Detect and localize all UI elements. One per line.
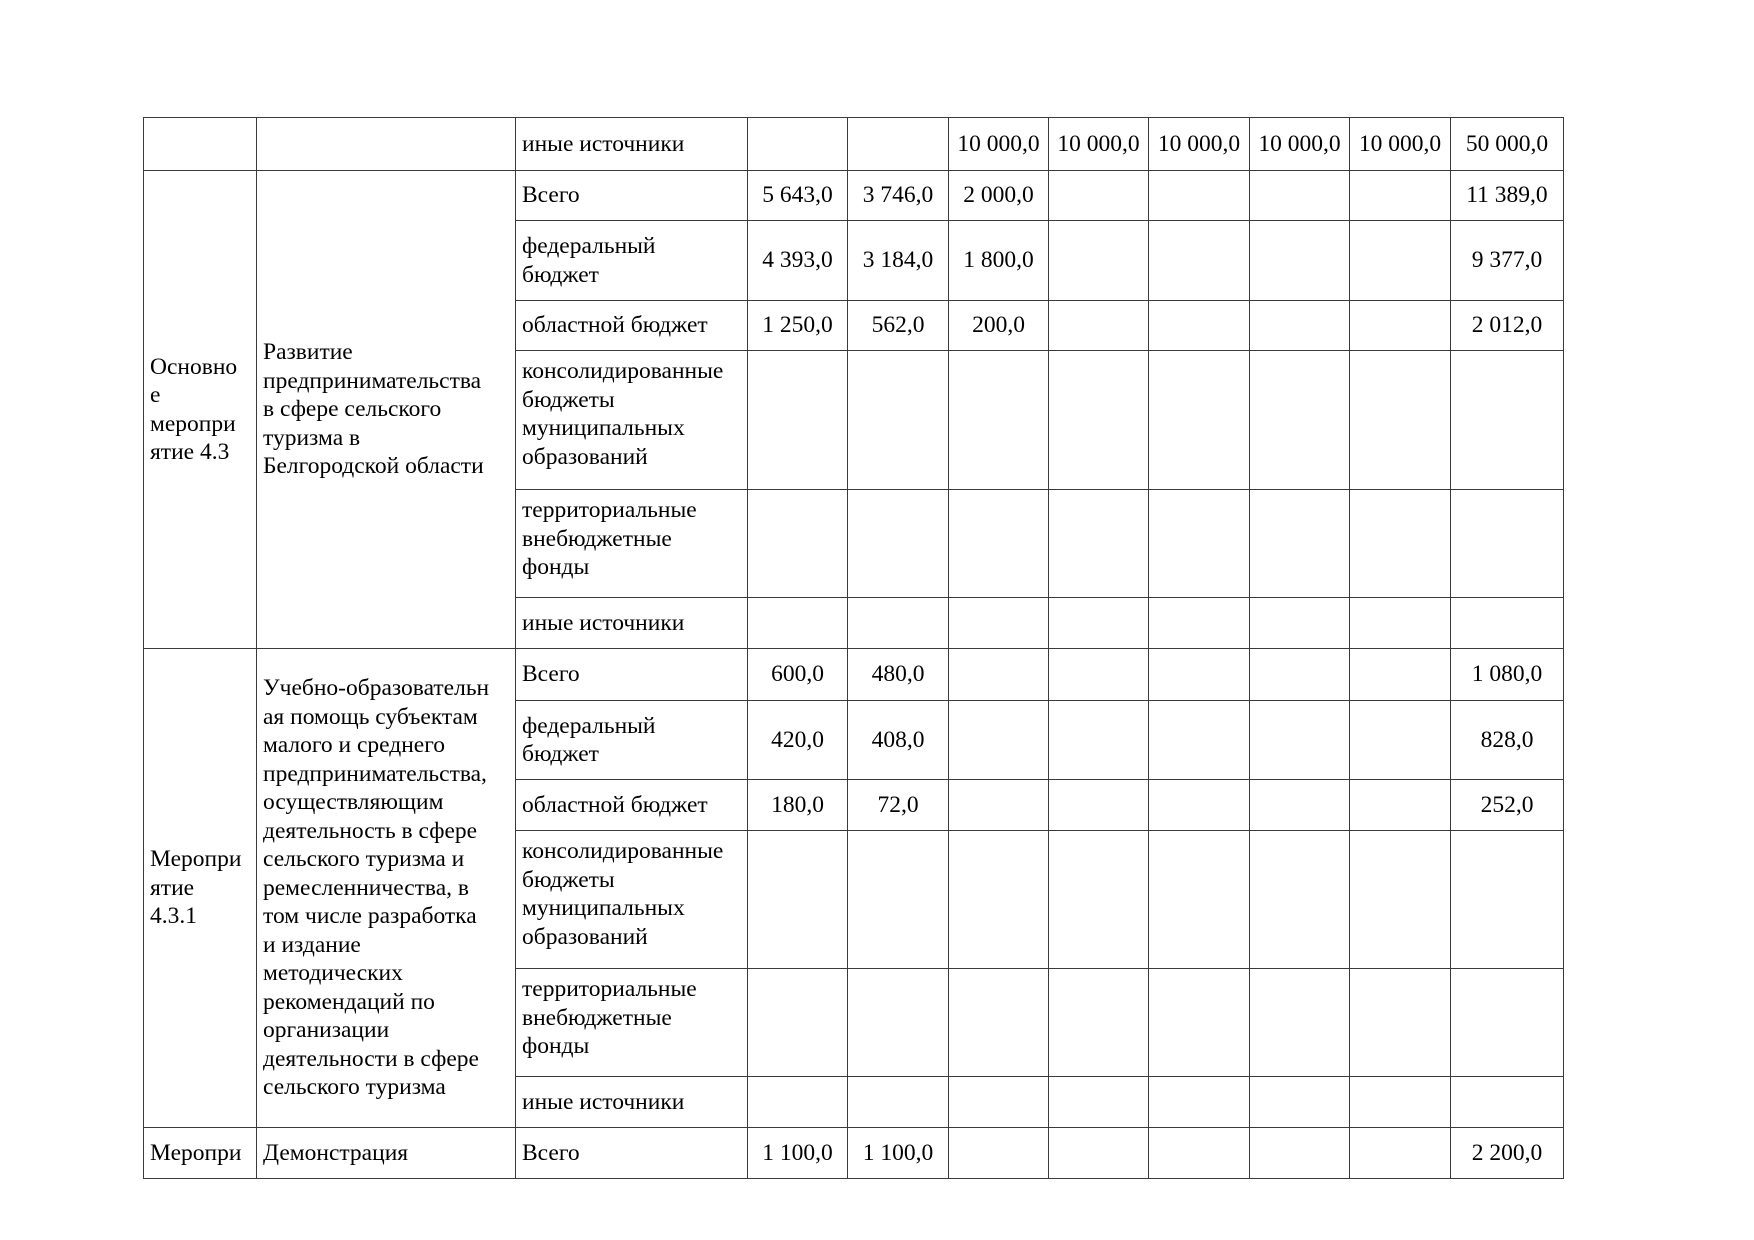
year-value-cell	[1149, 490, 1250, 598]
funding-source-cell: консолидированныебюджетымуниципальныхобр…	[516, 351, 748, 490]
year-value-cell	[1350, 171, 1451, 221]
total-value-cell	[1451, 598, 1564, 649]
table-row: МероприДемонстрацияВсего1 100,01 100,02 …	[144, 1128, 1564, 1179]
year-value-cell: 10 000,0	[1350, 118, 1451, 171]
funding-source-cell: Всего	[516, 1128, 748, 1179]
year-value-cell	[1350, 351, 1451, 490]
year-value-cell	[949, 351, 1049, 490]
year-value-cell	[1149, 780, 1250, 831]
year-value-cell	[1149, 649, 1250, 701]
year-value-cell	[1250, 831, 1350, 969]
year-value-cell	[1250, 969, 1350, 1077]
year-value-cell: 3 184,0	[848, 221, 949, 301]
year-value-cell	[1350, 780, 1451, 831]
year-value-cell: 10 000,0	[1049, 118, 1149, 171]
funding-source-cell: областной бюджет	[516, 780, 748, 831]
year-value-cell	[949, 1077, 1049, 1128]
year-value-cell: 4 393,0	[748, 221, 848, 301]
year-value-cell	[1149, 969, 1250, 1077]
funding-source-cell: иные источники	[516, 118, 748, 171]
year-value-cell	[1350, 969, 1451, 1077]
funding-source-cell: федеральныйбюджет	[516, 221, 748, 301]
year-value-cell	[949, 701, 1049, 780]
funding-source-cell: территориальныевнебюджетныефонды	[516, 490, 748, 598]
total-value-cell: 9 377,0	[1451, 221, 1564, 301]
total-value-cell: 828,0	[1451, 701, 1564, 780]
year-value-cell	[1350, 1128, 1451, 1179]
year-value-cell	[848, 598, 949, 649]
year-value-cell	[1049, 780, 1149, 831]
year-value-cell	[1049, 1077, 1149, 1128]
year-value-cell: 1 100,0	[848, 1128, 949, 1179]
funding-source-cell: иные источники	[516, 1077, 748, 1128]
year-value-cell	[1149, 351, 1250, 490]
year-value-cell: 1 100,0	[748, 1128, 848, 1179]
year-value-cell	[1049, 490, 1149, 598]
year-value-cell	[1149, 701, 1250, 780]
year-value-cell	[1149, 598, 1250, 649]
financing-table: иные источники10 000,010 000,010 000,010…	[143, 117, 1564, 1179]
year-value-cell: 1 250,0	[748, 301, 848, 351]
year-value-cell	[1250, 171, 1350, 221]
year-value-cell	[748, 969, 848, 1077]
total-value-cell	[1451, 969, 1564, 1077]
year-value-cell	[848, 118, 949, 171]
measure-name-cell: Развитиепредпринимательствав сфере сельс…	[257, 171, 516, 649]
measure-id-cell: Мероприятие4.3.1	[144, 649, 257, 1128]
year-value-cell	[1149, 831, 1250, 969]
year-value-cell: 420,0	[748, 701, 848, 780]
year-value-cell	[848, 969, 949, 1077]
funding-source-cell: федеральныйбюджет	[516, 701, 748, 780]
year-value-cell	[1149, 1128, 1250, 1179]
total-value-cell: 252,0	[1451, 780, 1564, 831]
year-value-cell	[748, 1077, 848, 1128]
year-value-cell	[1350, 490, 1451, 598]
year-value-cell	[1049, 831, 1149, 969]
year-value-cell	[949, 1128, 1049, 1179]
year-value-cell	[1350, 301, 1451, 351]
year-value-cell: 562,0	[848, 301, 949, 351]
table-row: Мероприятие4.3.1Учебно-образовательная п…	[144, 649, 1564, 701]
year-value-cell	[1149, 301, 1250, 351]
year-value-cell	[1350, 221, 1451, 301]
year-value-cell	[1250, 701, 1350, 780]
year-value-cell	[1350, 831, 1451, 969]
year-value-cell: 180,0	[748, 780, 848, 831]
year-value-cell	[1049, 351, 1149, 490]
funding-source-cell: консолидированныебюджетымуниципальныхобр…	[516, 831, 748, 969]
year-value-cell	[1049, 649, 1149, 701]
year-value-cell	[848, 831, 949, 969]
year-value-cell	[1350, 701, 1451, 780]
measure-name-cell: Демонстрация	[257, 1128, 516, 1179]
year-value-cell	[748, 598, 848, 649]
year-value-cell: 10 000,0	[1149, 118, 1250, 171]
year-value-cell	[1350, 649, 1451, 701]
funding-source-cell: областной бюджет	[516, 301, 748, 351]
year-value-cell	[1149, 221, 1250, 301]
year-value-cell	[949, 969, 1049, 1077]
year-value-cell: 3 746,0	[848, 171, 949, 221]
total-value-cell	[1451, 831, 1564, 969]
year-value-cell	[1049, 171, 1149, 221]
total-value-cell: 1 080,0	[1451, 649, 1564, 701]
year-value-cell	[1250, 351, 1350, 490]
year-value-cell	[1250, 1128, 1350, 1179]
measure-id-cell: Меропри	[144, 1128, 257, 1179]
year-value-cell: 10 000,0	[1250, 118, 1350, 171]
year-value-cell: 408,0	[848, 701, 949, 780]
funding-source-cell: Всего	[516, 649, 748, 701]
total-value-cell: 50 000,0	[1451, 118, 1564, 171]
year-value-cell	[1350, 598, 1451, 649]
year-value-cell	[848, 1077, 949, 1128]
year-value-cell	[1250, 649, 1350, 701]
year-value-cell	[949, 780, 1049, 831]
year-value-cell	[748, 118, 848, 171]
year-value-cell	[1049, 301, 1149, 351]
year-value-cell	[1049, 598, 1149, 649]
year-value-cell	[748, 490, 848, 598]
total-value-cell: 11 389,0	[1451, 171, 1564, 221]
year-value-cell	[1350, 1077, 1451, 1128]
total-value-cell: 2 200,0	[1451, 1128, 1564, 1179]
year-value-cell: 600,0	[748, 649, 848, 701]
table-body: иные источники10 000,010 000,010 000,010…	[144, 118, 1564, 1179]
year-value-cell	[848, 490, 949, 598]
total-value-cell: 2 012,0	[1451, 301, 1564, 351]
measure-id-cell	[144, 118, 257, 171]
year-value-cell: 200,0	[949, 301, 1049, 351]
year-value-cell: 72,0	[848, 780, 949, 831]
year-value-cell	[949, 649, 1049, 701]
table-row: иные источники10 000,010 000,010 000,010…	[144, 118, 1564, 171]
table-row: Основноемероприятие 4.3Развитиепредприни…	[144, 171, 1564, 221]
funding-source-cell: территориальныевнебюджетныефонды	[516, 969, 748, 1077]
funding-source-cell: иные источники	[516, 598, 748, 649]
year-value-cell: 10 000,0	[949, 118, 1049, 171]
measure-name-cell: Учебно-образовательная помощь субъектамм…	[257, 649, 516, 1128]
funding-source-cell: Всего	[516, 171, 748, 221]
year-value-cell	[949, 598, 1049, 649]
year-value-cell	[1049, 701, 1149, 780]
year-value-cell: 2 000,0	[949, 171, 1049, 221]
measure-id-cell: Основноемероприятие 4.3	[144, 171, 257, 649]
year-value-cell	[748, 351, 848, 490]
year-value-cell	[1049, 969, 1149, 1077]
year-value-cell	[1049, 221, 1149, 301]
year-value-cell	[1250, 1077, 1350, 1128]
year-value-cell	[949, 831, 1049, 969]
year-value-cell: 5 643,0	[748, 171, 848, 221]
measure-name-cell	[257, 118, 516, 171]
total-value-cell	[1451, 490, 1564, 598]
year-value-cell	[1149, 171, 1250, 221]
year-value-cell	[949, 490, 1049, 598]
year-value-cell: 1 800,0	[949, 221, 1049, 301]
year-value-cell	[748, 831, 848, 969]
year-value-cell	[1049, 1128, 1149, 1179]
year-value-cell	[848, 351, 949, 490]
year-value-cell: 480,0	[848, 649, 949, 701]
total-value-cell	[1451, 1077, 1564, 1128]
total-value-cell	[1451, 351, 1564, 490]
year-value-cell	[1250, 780, 1350, 831]
year-value-cell	[1149, 1077, 1250, 1128]
year-value-cell	[1250, 490, 1350, 598]
year-value-cell	[1250, 598, 1350, 649]
year-value-cell	[1250, 301, 1350, 351]
year-value-cell	[1250, 221, 1350, 301]
